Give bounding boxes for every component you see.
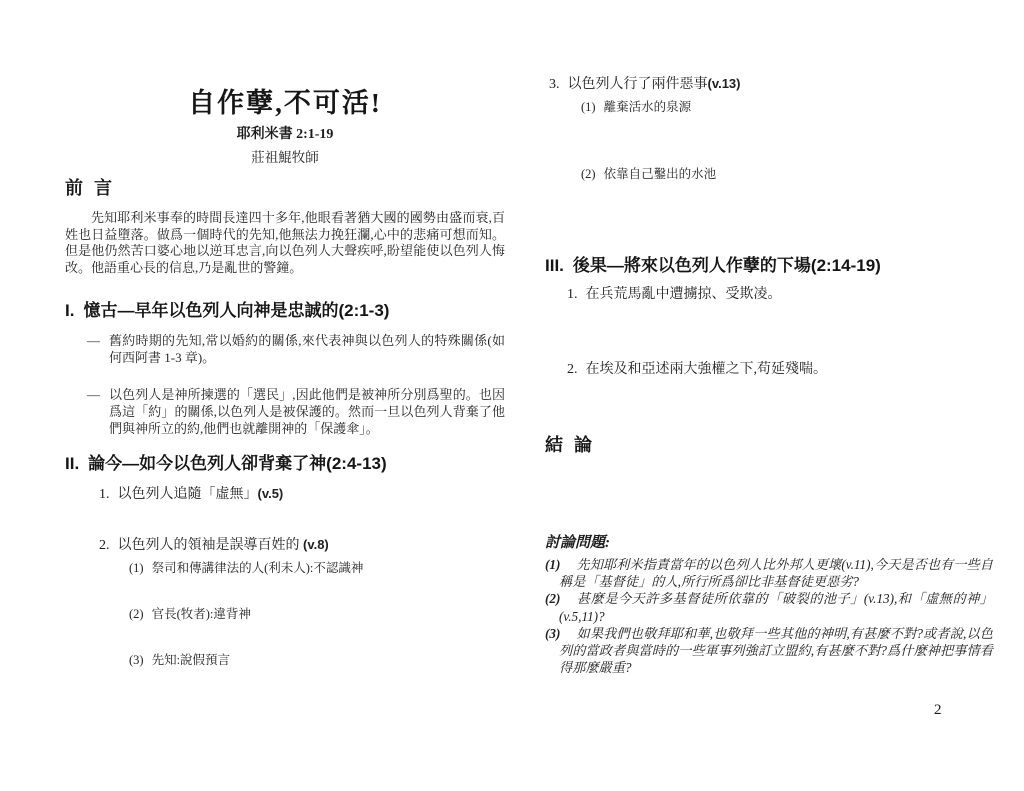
subitem-text: 先知:說假預言: [152, 653, 230, 667]
section3-heading: III.後果—將來以色列人作孽的下場(2:14-19): [545, 251, 993, 276]
section2-number: II.: [65, 454, 79, 474]
item-number: 2.: [567, 361, 578, 379]
foreword-heading: 前 言: [65, 174, 505, 200]
section1-bullet-2: — 以色列人是神所揀選的「選民」,因此他們是被神所分別爲聖的。也因爲這「約」的關…: [87, 386, 505, 438]
discussion-question-2: (2)甚麼是今天許多基督徒所依靠的「破裂的池子」(v.13),和「虛無的神」(v…: [545, 590, 993, 624]
question-text: 先知耶利米指責當年的以色列人比外邦人更壞(v.11),今天是否也有一些自稱是「基…: [559, 557, 993, 589]
section2-item-2-sub-2: (2)官長(牧者):違背神: [129, 606, 569, 622]
item-text: 以色列人追隨「虛無」: [118, 487, 258, 502]
subitem-text: 祭司和傳講律法的人(利未人):不認識神: [152, 561, 364, 575]
section2-item-1: 1.以色列人追隨「虛無」(v.5): [99, 485, 539, 504]
dash-bullet-marker: —: [87, 386, 100, 438]
item-number: 1.: [99, 486, 110, 504]
question-number: (1): [545, 556, 560, 573]
page-number: 2: [934, 702, 942, 719]
section2-item-2-sub-1: (1)祭司和傳講律法的人(利未人):不認識神: [129, 560, 569, 576]
section2-heading-text: 論今—如今以色列人卻背棄了神(2:4-13): [88, 454, 386, 473]
section2-item-2-sub-3: (3)先知:說假預言: [129, 652, 569, 668]
conclusion-heading: 結 論: [545, 431, 993, 457]
dash-bullet-marker: —: [87, 332, 100, 366]
question-number: (2): [545, 590, 560, 607]
subitem-number: (1): [581, 99, 596, 115]
item-text: 在兵荒馬亂中遭擄掠、受欺凌。: [586, 287, 782, 302]
verse-reference: (v.13): [708, 76, 741, 91]
document-page: 自作孽,不可活! 耶利米書 2:1-19 莊祖鯤牧師 前 言 先知耶利米事奉的時…: [0, 0, 1024, 791]
section1-heading-text: 憶古—早年以色列人向神是忠誠的(2:1-3): [83, 301, 389, 320]
section3-item-1: 1.在兵荒馬亂中遭擄掠、受欺凌。: [567, 286, 1015, 304]
item-number: 2.: [99, 537, 110, 555]
section2-item-3: 3.以色列人行了兩件惡事(v.13): [549, 75, 997, 94]
question-text: 如果我們也敬拜耶和華,也敬拜一些其他的神明,有甚麼不對?或者說,以色列的當政者與…: [559, 626, 993, 675]
section3-heading-text: 後果—將來以色列人作孽的下場(2:14-19): [573, 256, 881, 275]
item-text: 在埃及和亞述兩大強權之下,苟延殘喘。: [586, 362, 828, 377]
subitem-number: (2): [129, 606, 144, 622]
verse-reference: (v.8): [303, 537, 329, 552]
section1-bullet-2-text: 以色列人是神所揀選的「選民」,因此他們是被神所分別爲聖的。也因爲這「約」的關係,…: [109, 386, 505, 438]
verse-reference: (v.5): [258, 486, 284, 501]
item-text: 以色列人行了兩件惡事: [568, 77, 708, 92]
item-number: 3.: [549, 76, 560, 94]
page-title: 自作孽,不可活!: [65, 81, 505, 120]
section3-number: III.: [545, 256, 564, 276]
section1-bullet-1-text: 舊約時期的先知,常以婚約的關係,來代表神與以色列人的特殊關係(如何西阿書 1-3…: [109, 332, 505, 366]
section1-bullet-1: — 舊約時期的先知,常以婚約的關係,來代表神與以色列人的特殊關係(如何西阿書 1…: [87, 332, 505, 366]
subitem-text: 官長(牧者):違背神: [152, 607, 251, 621]
left-column: 自作孽,不可活! 耶利米書 2:1-19 莊祖鯤牧師 前 言 先知耶利米事奉的時…: [65, 75, 505, 775]
question-text: 甚麼是今天許多基督徒所依靠的「破裂的池子」(v.13),和「虛無的神」(v.5,…: [559, 591, 993, 623]
item-text: 以色列人的領袖是誤導百姓的: [118, 538, 304, 553]
section2-heading: II.論今—如今以色列人卻背棄了神(2:4-13): [65, 449, 505, 474]
subitem-number: (2): [581, 166, 596, 182]
subitem-number: (1): [129, 560, 144, 576]
section3-item-2: 2.在埃及和亞述兩大強權之下,苟延殘喘。: [567, 361, 1015, 379]
subitem-number: (3): [129, 652, 144, 668]
right-column: 3.以色列人行了兩件惡事(v.13) (1)離棄活水的泉源 (2)依靠自己鑿出的…: [545, 75, 993, 775]
section1-heading: I.憶古—早年以色列人向神是忠誠的(2:1-3): [65, 296, 505, 321]
section1-number: I.: [65, 301, 74, 321]
item-number: 1.: [567, 286, 578, 304]
discussion-question-1: (1)先知耶利米指責當年的以色列人比外邦人更壞(v.11),今天是否也有一些自稱…: [545, 556, 993, 590]
subitem-text: 離棄活水的泉源: [604, 100, 692, 114]
author-name: 莊祖鯤牧師: [65, 146, 505, 166]
foreword-paragraph: 先知耶利米事奉的時間長達四十多年,他眼看著猶大國的國勢由盛而衰,百姓也日益墮落。…: [65, 210, 505, 276]
subitem-text: 依靠自己鑿出的水池: [604, 167, 717, 181]
question-number: (3): [545, 625, 560, 642]
discussion-questions: (1)先知耶利米指責當年的以色列人比外邦人更壞(v.11),今天是否也有一些自稱…: [545, 556, 993, 676]
section2-item-3-sub-2: (2)依靠自己鑿出的水池: [581, 166, 1024, 182]
section2-item-3-sub-1: (1)離棄活水的泉源: [581, 99, 1024, 115]
section2-item-2: 2.以色列人的領袖是誤導百姓的 (v.8): [99, 536, 539, 555]
discussion-question-3: (3)如果我們也敬拜耶和華,也敬拜一些其他的神明,有甚麼不對?或者說,以色列的當…: [545, 625, 993, 677]
discussion-heading: 討論問題:: [545, 531, 993, 552]
scripture-reference: 耶利米書 2:1-19: [65, 123, 505, 143]
